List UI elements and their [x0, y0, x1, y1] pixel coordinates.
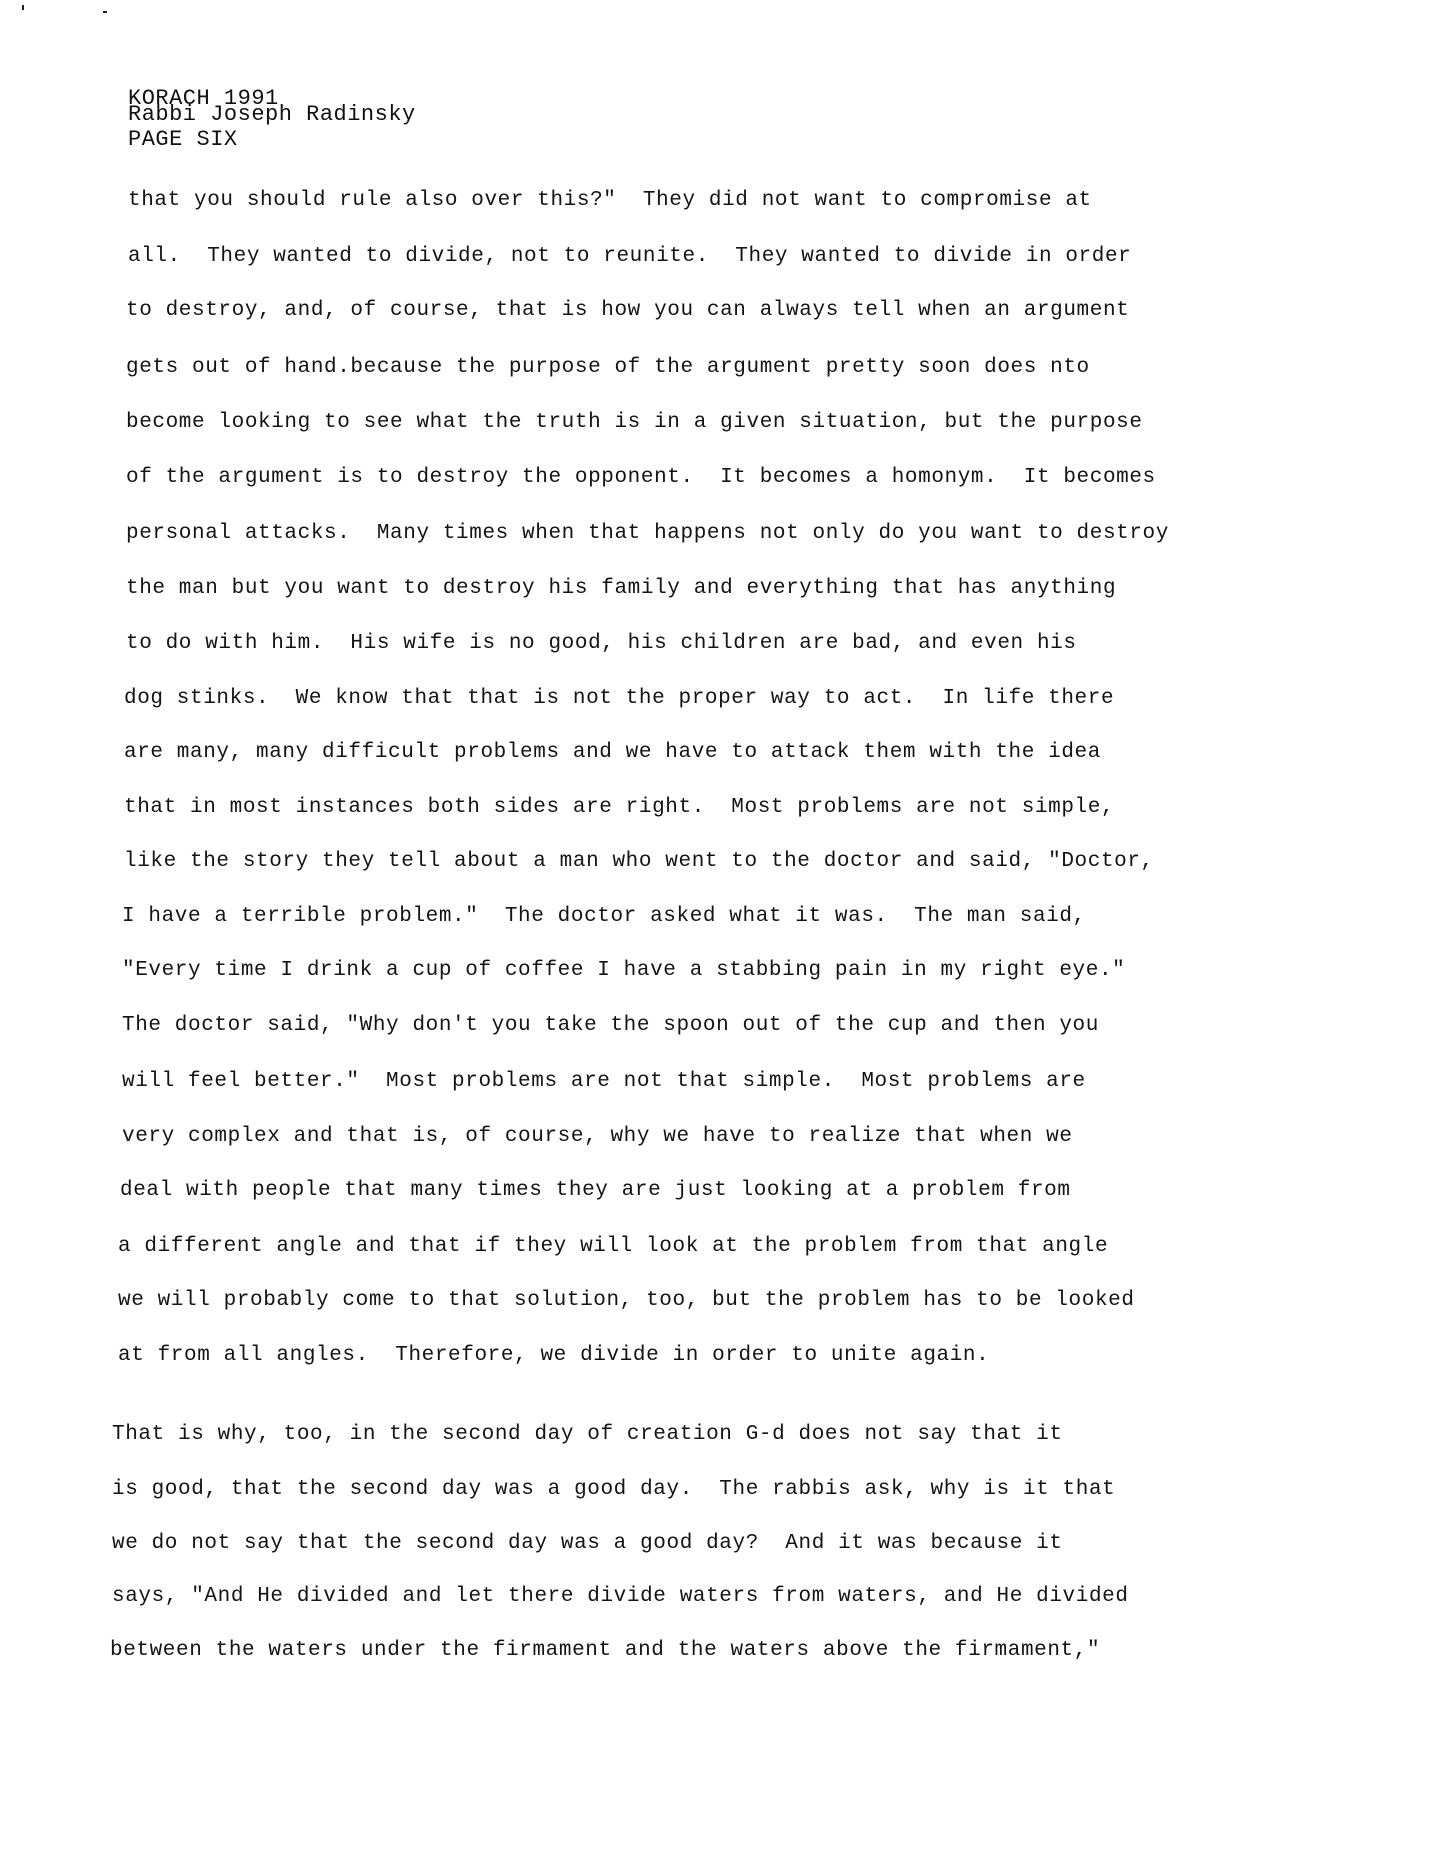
text-line: like the story they tell about a man who…	[124, 851, 1154, 872]
text-line: dog stinks. We know that that is not the…	[124, 688, 1114, 709]
scan-speck	[103, 11, 107, 13]
text-line: are many, many difficult problems and we…	[124, 742, 1101, 763]
text-line: to destroy, and, of course, that is how …	[126, 300, 1129, 321]
text-line: we do not say that the second day was a …	[112, 1533, 1063, 1554]
document-page: KORACH 1991 Rabbi Joseph Radinsky PAGE S…	[0, 0, 1430, 1851]
text-line: at from all angles. Therefore, we divide…	[118, 1345, 989, 1366]
text-line: we will probably come to that solution, …	[118, 1290, 1135, 1311]
document-author: Rabbi Joseph Radinsky	[128, 104, 416, 126]
text-line: will feel better." Most problems are not…	[122, 1071, 1086, 1092]
text-line: to do with him. His wife is no good, his…	[126, 633, 1077, 654]
scan-speck	[22, 5, 24, 10]
page-label: PAGE SIX	[128, 129, 238, 151]
text-line: very complex and that is, of course, why…	[122, 1126, 1073, 1147]
text-line: a different angle and that if they will …	[118, 1236, 1108, 1257]
text-line: personal attacks. Many times when that h…	[126, 523, 1169, 544]
text-line: become looking to see what the truth is …	[126, 412, 1143, 433]
text-line: says, "And He divided and let there divi…	[112, 1586, 1129, 1607]
text-line: "Every time I drink a cup of coffee I ha…	[122, 960, 1125, 981]
text-line: that in most instances both sides are ri…	[124, 797, 1114, 818]
text-line: between the waters under the firmament a…	[110, 1640, 1100, 1661]
text-line: deal with people that many times they ar…	[120, 1180, 1071, 1201]
text-line: gets out of hand.because the purpose of …	[126, 357, 1090, 378]
text-line: of the argument is to destroy the oppone…	[126, 467, 1156, 488]
text-line: the man but you want to destroy his fami…	[126, 578, 1116, 599]
text-line: is good, that the second day was a good …	[112, 1479, 1115, 1500]
text-line: The doctor said, "Why don't you take the…	[122, 1015, 1099, 1036]
text-line: I have a terrible problem." The doctor a…	[122, 906, 1086, 927]
text-line: That is why, too, in the second day of c…	[112, 1424, 1063, 1445]
text-line: that you should rule also over this?" Th…	[128, 190, 1092, 211]
text-line: all. They wanted to divide, not to reuni…	[128, 246, 1131, 267]
